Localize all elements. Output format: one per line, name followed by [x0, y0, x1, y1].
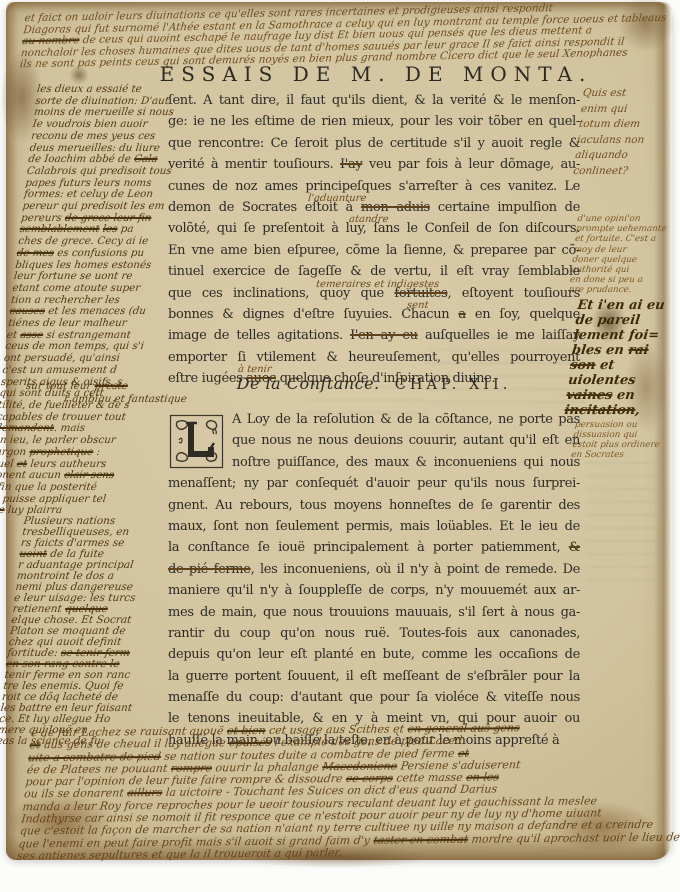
text-line: totum diem	[578, 117, 680, 133]
interlinear-hand-note: l'aduanture	[307, 188, 368, 209]
text-line: bonnes & dignes d'eſtre ſuyuies. Chacun …	[168, 304, 580, 325]
text-line: sur tout leur preste	[25, 380, 176, 392]
text-line: que nous ne nous deuions couurir, autant…	[168, 430, 580, 451]
printed-paragraph-1: ſent. A tant dire, il faut qu'ils dient,…	[168, 90, 580, 389]
text-line: En vne ame bien eſpuree, cõme la ſienne,…	[168, 240, 580, 261]
text-line: en done si peu a	[569, 275, 680, 285]
text-line: noſtre puiſſance, des maux & inconuenien…	[168, 452, 580, 473]
text-line: r ambigu et fantastique	[63, 393, 324, 405]
top-margin-annotation: et faict on ualoir leurs diuinations ce …	[19, 1, 677, 72]
interlinear-hand-note: sent	[406, 295, 430, 316]
text-line: enim qui	[580, 102, 680, 118]
text-line: mes de main, que nous trouuions mauuais,…	[168, 602, 580, 623]
text-line: authorité qui	[570, 265, 680, 275]
text-line: de pié ferme, les inconueniens, où il n'…	[168, 559, 580, 580]
text-line: maux, ſont non ſeulement permis, mais lo…	[168, 516, 580, 537]
right-margin-large-note: Et i'en ai eude pareillement foi=bles en…	[564, 298, 680, 418]
text-line: doner quelque	[572, 255, 680, 265]
text-line: estoit plus ordinere	[572, 440, 680, 450]
text-line: bles en rai	[571, 343, 680, 358]
interlinear-hand-note: atandre	[348, 209, 390, 230]
text-line: incitation,	[564, 403, 678, 418]
text-line: de pareil	[575, 313, 680, 328]
text-line: dissuasion qui	[573, 430, 680, 440]
text-line: rantir du coup qu'on nous ruë. Toutes-fo…	[168, 623, 580, 644]
text-line: volõté, qui ſe preſentoit à luy, ſans le…	[168, 218, 580, 239]
text-line: image de telles agitations. I'en ay eu a…	[168, 325, 580, 346]
chapter-number: Chap. XII.	[395, 377, 512, 393]
chapter-title: De la Conſtance.	[237, 374, 380, 393]
text-line: que rencontre: Ce ſeroit plus de certitu…	[168, 133, 580, 154]
text-line: gnent. Au rebours, tous moyens honneſtes…	[168, 495, 580, 516]
text-line: emporter ſi vtilement & heureuſement, qu…	[168, 347, 580, 368]
text-line: aliquando	[574, 148, 678, 164]
text-line: en Socrates	[571, 450, 680, 460]
manuscript-page: et faict on ualoir leurs diuinations ce …	[6, 2, 672, 860]
text-line: vaines en	[565, 388, 679, 403]
right-margin-tail-note: persuasion oudissuasion quiestoit plus o…	[571, 420, 680, 460]
chapter-heading: De la Conſtance. Chap. XII.	[168, 374, 580, 393]
text-line: Quis est	[582, 86, 680, 102]
bottom-margin-annotation: e de fuir Lachez se rauisant auouë et bi…	[16, 721, 677, 863]
text-line: et fortuite. C'est a	[574, 234, 680, 244]
text-line: conlineet?	[572, 164, 676, 180]
text-line: que ces inclinations, quoy que fortuites…	[168, 283, 580, 304]
text-line: uiolentes	[567, 373, 680, 388]
text-line: menaſſe du coup: d'autant que pour ſa vi…	[168, 687, 580, 708]
text-line: A Loy de la reſolution & de la cõſtance,…	[168, 409, 580, 430]
text-line: cunes de noz ames principeſques s'arreſt…	[168, 176, 580, 197]
note-above-initial: r ambigu et fantastique	[63, 393, 324, 405]
text-line: moy de leur	[573, 245, 680, 255]
text-line: maniere qu'il n'y à ſouppleſſe de corps,…	[168, 580, 580, 601]
screenshot-stage: et faict on ualoir leurs diuinations ce …	[0, 0, 680, 892]
right-margin-latin-quote: Quis estenim quitotum diemiaculans nonal…	[572, 86, 680, 179]
left-margin-annotations-lower: Plusieurs nationstresbelliqueuses, enrs …	[0, 516, 182, 747]
text-line: depuis qu'on leur eſt planté en bute, co…	[168, 644, 580, 665]
text-line: prompte uehemante	[576, 224, 680, 234]
text-line: la conſtance ſe iouë principalement à po…	[168, 537, 580, 558]
left-margin-annotations-upper: les dieux a essaié tesorte de diuination…	[0, 84, 194, 517]
right-margin-small-note: d'une opini'onprompte uehemanteet fortui…	[568, 214, 680, 296]
text-line: son et	[569, 358, 680, 373]
text-line: nre prudance.	[568, 285, 679, 295]
text-line: d'une opini'on	[577, 214, 680, 224]
interlinear-hand-note: temeraires et indigestes	[315, 274, 440, 295]
running-header: ESSAIS DE M. DE MONTA.	[156, 62, 596, 86]
printed-paragraph-2: A Loy de la reſolution & de la cõſtance,…	[168, 409, 580, 751]
text-line: verité à mentir touſiours. I'ay veu par …	[168, 154, 580, 175]
heading-side-note: sur tout leur preste	[25, 380, 176, 392]
text-line: Et i'en ai eu	[577, 298, 680, 313]
text-line: iaculans non	[576, 133, 680, 149]
text-line: ge: ie ne les eſtime de rien mieux, pour…	[168, 111, 580, 132]
text-line: persuasion ou	[574, 420, 680, 430]
text-line: menaſſent; ny par conſequét d'auoir peur…	[168, 473, 580, 494]
bleed-through	[586, 462, 656, 582]
text-line: ſent. A tant dire, il faut qu'ils dient,…	[168, 90, 580, 111]
text-line: la guerre portent ſouuent, il eſt meſſea…	[168, 666, 580, 687]
text-line: lement foi=	[573, 328, 680, 343]
